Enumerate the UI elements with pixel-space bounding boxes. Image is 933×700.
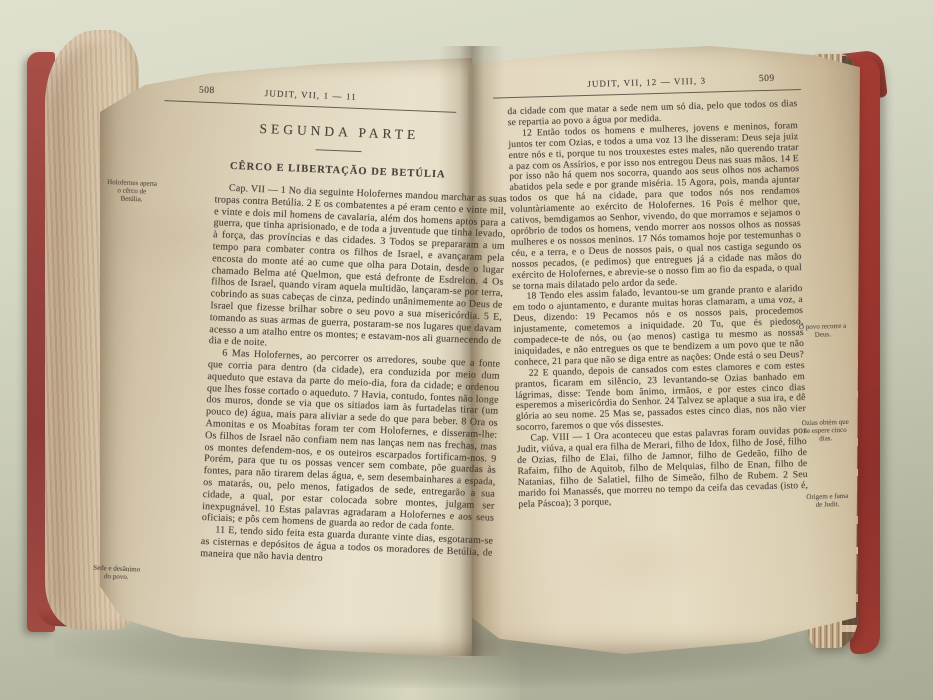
- section-divider: [316, 149, 362, 152]
- margin-note: Holofernes aperta o cêrco de Betúlia.: [106, 178, 157, 205]
- paragraph: 22 E quando, depois de cansados com este…: [515, 361, 807, 435]
- book-photo-scene: Holofernes aperta o cêrco de Betúlia. Se…: [0, 0, 933, 700]
- page-number: 508: [199, 86, 215, 97]
- running-header: JUDIT, VII, 12 — VIII, 3: [493, 73, 801, 92]
- left-page-content: Holofernes aperta o cêrco de Betúlia. Se…: [89, 62, 468, 661]
- margin-note: Sede e desânimo do povo.: [91, 564, 142, 582]
- paragraph: 12 Então todos os homens e mulheres, jov…: [508, 121, 802, 293]
- margin-note: Origem e fama de Judit.: [802, 492, 852, 510]
- book-gutter-shadow: [438, 46, 504, 656]
- page-number: 509: [759, 74, 775, 84]
- left-page-header: 508 JUDIT, VII, 1 — 11 SEGUNDA PARTE CÊR…: [146, 64, 458, 569]
- running-header-row: JUDIT, VII, 12 — VIII, 3 509: [493, 73, 801, 96]
- paragraph: Cap. VIII — 1 Ora aconteceu que estas pa…: [516, 426, 808, 510]
- right-page-header: JUDIT, VII, 12 — VIII, 3 509 da cidade c…: [492, 51, 812, 511]
- margin-note: O povo recorre a Deus.: [797, 322, 847, 340]
- paragraph: 18 Tendo eles assim falado, levantou-se …: [513, 284, 805, 368]
- right-page-body-text: da cidade com que matar a sede nem um só…: [507, 99, 808, 510]
- margin-note: Ozias obtém que se espere cinco dias.: [800, 418, 851, 444]
- right-page-content: O povo recorre a Deus. Ozias obtém que s…: [478, 50, 870, 640]
